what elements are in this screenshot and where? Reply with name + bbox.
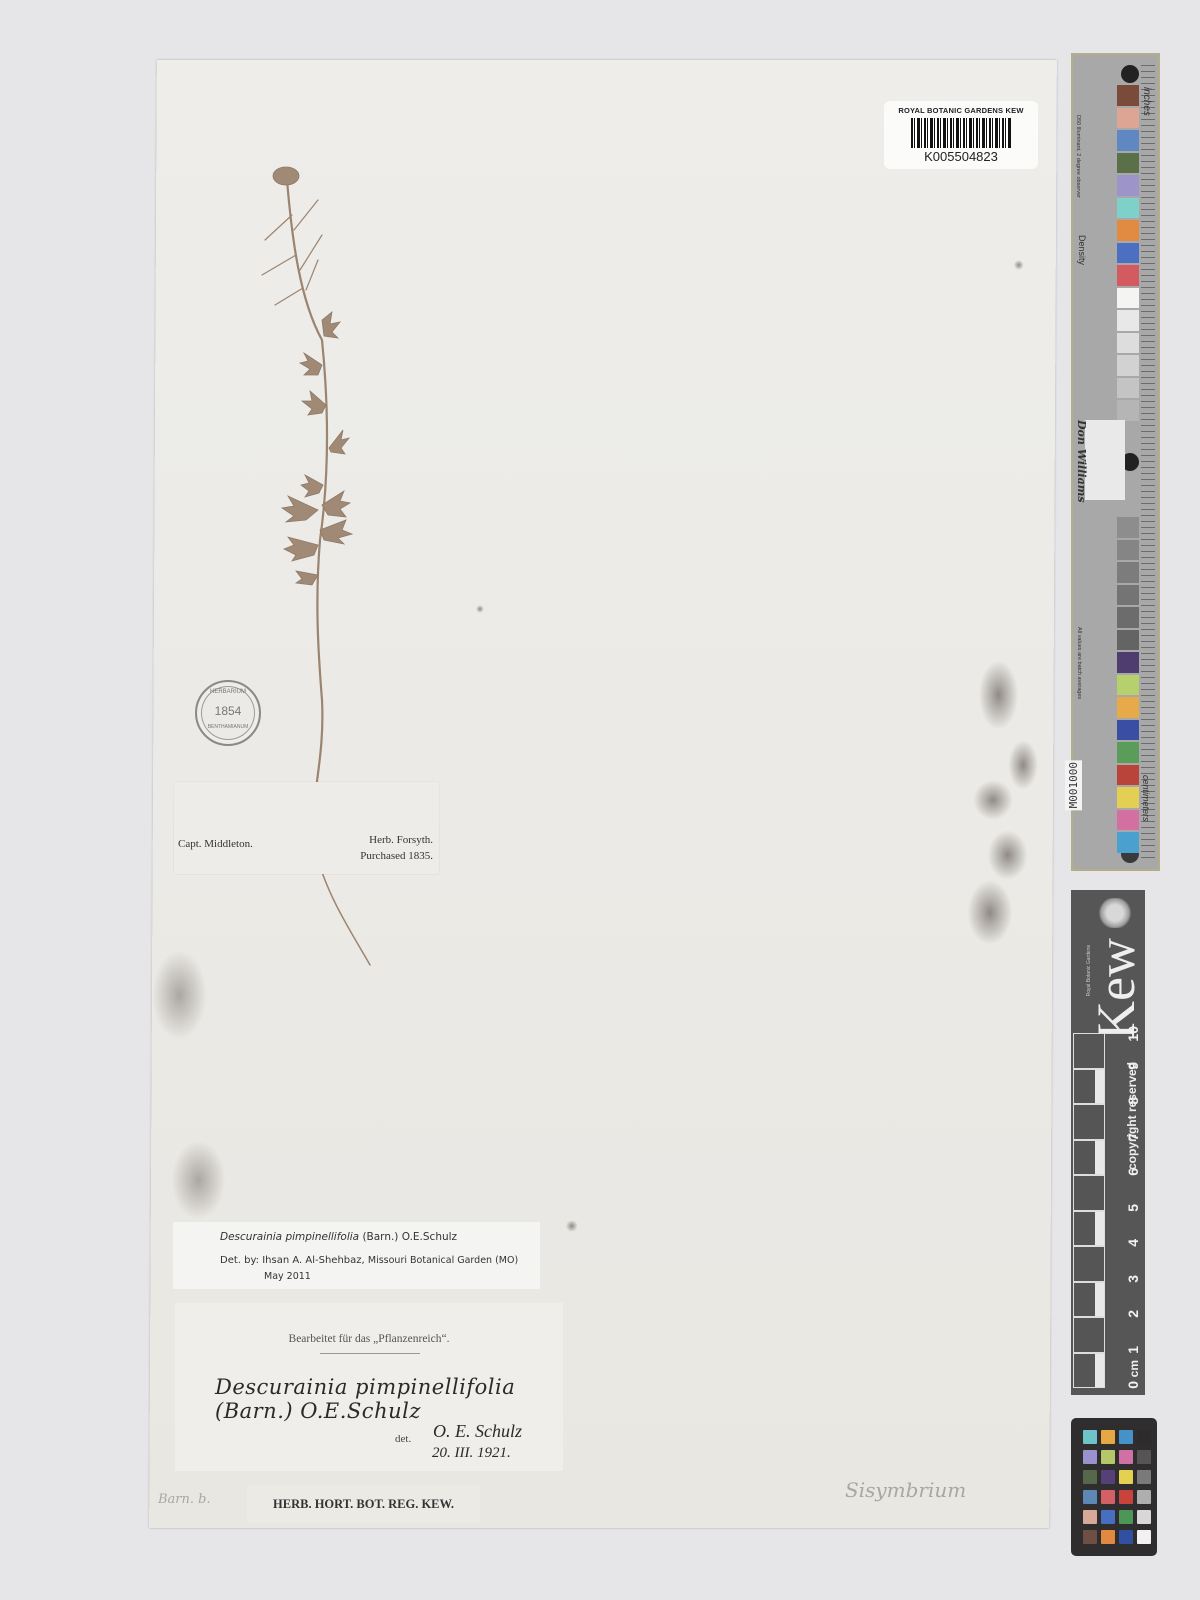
colour-calibration-scale: D50 Illuminant, 2 degree observer inches… bbox=[1071, 53, 1160, 871]
herbarium-stamp: HERBARIUM 1854 BENTHAMIANUM bbox=[195, 680, 261, 746]
collector-name: Capt. Middleton. bbox=[178, 838, 253, 850]
checker-patch bbox=[1137, 1470, 1151, 1484]
colour-swatch bbox=[1117, 198, 1139, 219]
checker-patch bbox=[1083, 1450, 1097, 1464]
checker-patch bbox=[1137, 1490, 1151, 1504]
checker-patch bbox=[1101, 1530, 1115, 1544]
scale-segment bbox=[1073, 1069, 1105, 1105]
checker-patch bbox=[1137, 1430, 1151, 1444]
ornament-divider bbox=[320, 1353, 420, 1354]
reference-target bbox=[1085, 420, 1125, 500]
checker-patch bbox=[1119, 1470, 1133, 1484]
handwritten-taxon: Descurainia pimpinellifolia (Barn.) O.E.… bbox=[215, 1375, 563, 1423]
herbarium-name-label: HERB. HORT. BOT. REG. KEW. bbox=[247, 1485, 480, 1523]
inches-label: inches bbox=[1141, 87, 1152, 116]
colour-swatch bbox=[1117, 243, 1139, 264]
scale-tick-label: 4 bbox=[1125, 1239, 1141, 1247]
checker-patch bbox=[1101, 1490, 1115, 1504]
barcode-label: ROYAL BOTANIC GARDENS KEW K005504823 bbox=[884, 101, 1038, 169]
barcode-number: K005504823 bbox=[884, 149, 1038, 164]
scale-tick-label: 5 bbox=[1125, 1204, 1141, 1212]
provenance-line-1: Herb. Forsyth. bbox=[360, 832, 433, 848]
checker-patch bbox=[1137, 1450, 1151, 1464]
checker-patch bbox=[1137, 1510, 1151, 1524]
kew-scale-bar: Kew Royal Botanic Gardens 012345678910 c… bbox=[1071, 890, 1145, 1395]
colour-swatch bbox=[1117, 675, 1139, 696]
checker-patch bbox=[1083, 1470, 1097, 1484]
checker-patch bbox=[1119, 1530, 1133, 1544]
pencil-note-left: Barn. b. bbox=[158, 1492, 211, 1507]
brand-text: Don Williams bbox=[1075, 420, 1088, 503]
colour-swatch bbox=[1117, 220, 1139, 241]
scale-segment bbox=[1073, 1033, 1105, 1069]
colour-swatch bbox=[1117, 175, 1139, 196]
collector-label: Capt. Middleton. Herb. Forsyth. Purchase… bbox=[174, 782, 439, 874]
colour-swatch bbox=[1117, 288, 1139, 309]
colour-swatch bbox=[1117, 810, 1139, 831]
colour-swatch bbox=[1117, 378, 1139, 399]
illuminant-text: D50 Illuminant, 2 degree observer bbox=[1075, 115, 1081, 198]
colour-swatch bbox=[1117, 130, 1139, 151]
colour-swatch bbox=[1117, 153, 1139, 174]
determination-label: Descurainia pimpinellifolia (Barn.) O.E.… bbox=[173, 1222, 540, 1289]
colour-swatch bbox=[1117, 720, 1139, 741]
institution-name: ROYAL BOTANIC GARDENS KEW bbox=[884, 106, 1038, 115]
provenance-text: Herb. Forsyth. Purchased 1835. bbox=[360, 832, 433, 864]
colour-swatch bbox=[1117, 630, 1139, 651]
colour-swatch bbox=[1117, 355, 1139, 376]
copyright-text: copyright reserved bbox=[1125, 1062, 1139, 1170]
serial-number: M001000 bbox=[1065, 760, 1082, 810]
scale-segment bbox=[1073, 1282, 1105, 1318]
scale-tick-label: 1 bbox=[1125, 1346, 1141, 1354]
handwritten-signature: O. E. Schulz bbox=[433, 1421, 522, 1442]
determiner: Det. by: Ihsan A. Al-Shehbaz, Missouri B… bbox=[220, 1255, 518, 1266]
checker-patch bbox=[1119, 1510, 1133, 1524]
barcode bbox=[911, 118, 1011, 148]
colour-swatch bbox=[1117, 85, 1139, 106]
scale-segment bbox=[1073, 1317, 1105, 1353]
ruler-ticks bbox=[1141, 65, 1155, 860]
colour-checker-card bbox=[1071, 1418, 1157, 1556]
footnote-text: All values are batch averages bbox=[1076, 627, 1082, 699]
checker-patch bbox=[1083, 1510, 1097, 1524]
provenance-line-2: Purchased 1835. bbox=[360, 848, 433, 864]
stamp-bottom-text: BENTHAMIANUM bbox=[197, 724, 259, 730]
taxon-name: Descurainia pimpinellifolia (Barn.) O.E.… bbox=[220, 1231, 457, 1243]
colour-swatch bbox=[1117, 108, 1139, 129]
scale-segment bbox=[1073, 1211, 1105, 1247]
checker-patch bbox=[1119, 1430, 1133, 1444]
scale-tick-label: 2 bbox=[1125, 1310, 1141, 1318]
determiner-institution: Missouri Botanical Garden (MO) bbox=[368, 1255, 518, 1266]
checker-patch bbox=[1101, 1470, 1115, 1484]
colour-swatch bbox=[1117, 540, 1139, 561]
colour-swatch bbox=[1117, 517, 1139, 538]
checker-patch bbox=[1101, 1430, 1115, 1444]
stamp-top-text: HERBARIUM bbox=[197, 689, 259, 695]
taxon-italic: Descurainia pimpinellifolia bbox=[220, 1231, 359, 1243]
scale-segment bbox=[1073, 1353, 1105, 1389]
det-prefix: det. bbox=[395, 1433, 411, 1445]
colour-swatch bbox=[1117, 562, 1139, 583]
taxon-authority: (Barn.) O.E.Schulz bbox=[362, 1231, 457, 1243]
scale-segment bbox=[1073, 1175, 1105, 1211]
scale-segment bbox=[1073, 1246, 1105, 1282]
pencil-note-right: Sisymbrium bbox=[845, 1478, 966, 1502]
centimeters-label: centimeters bbox=[1141, 775, 1151, 822]
mount-hole bbox=[1121, 65, 1139, 83]
checker-patch bbox=[1119, 1490, 1133, 1504]
unit-label: cm bbox=[1127, 1360, 1141, 1377]
checker-patch bbox=[1101, 1450, 1115, 1464]
colour-swatch bbox=[1117, 697, 1139, 718]
checker-patch bbox=[1119, 1450, 1133, 1464]
royal-crest-icon bbox=[1097, 898, 1133, 928]
kew-subtitle: Royal Botanic Gardens bbox=[1086, 945, 1092, 996]
checker-patch bbox=[1101, 1510, 1115, 1524]
colour-swatch bbox=[1117, 400, 1139, 421]
checker-patch bbox=[1083, 1530, 1097, 1544]
determination-date: May 2011 bbox=[264, 1271, 311, 1282]
pflanzenreich-label: Bearbeitet für das „Pflanzenreich“. Desc… bbox=[175, 1303, 563, 1471]
colour-swatch bbox=[1117, 787, 1139, 808]
checker-patch bbox=[1137, 1530, 1151, 1544]
colour-swatch bbox=[1117, 265, 1139, 286]
checker-patch bbox=[1083, 1490, 1097, 1504]
handwritten-date: 20. III. 1921. bbox=[432, 1445, 511, 1462]
density-label: Density bbox=[1077, 235, 1087, 265]
colour-swatch bbox=[1117, 652, 1139, 673]
determiner-name: Det. by: Ihsan A. Al-Shehbaz, bbox=[220, 1255, 365, 1266]
colour-swatch bbox=[1117, 333, 1139, 354]
centimeter-scale bbox=[1073, 1033, 1105, 1388]
colour-swatch bbox=[1117, 742, 1139, 763]
scale-tick-label: 0 bbox=[1125, 1381, 1141, 1389]
stamp-year: 1854 bbox=[197, 704, 259, 718]
scale-tick-label: 10 bbox=[1125, 1026, 1141, 1042]
colour-swatch bbox=[1117, 607, 1139, 628]
scale-segment bbox=[1073, 1140, 1105, 1176]
checker-patch bbox=[1083, 1430, 1097, 1444]
colour-swatch bbox=[1117, 765, 1139, 786]
pflanzenreich-header: Bearbeitet für das „Pflanzenreich“. bbox=[175, 1333, 563, 1345]
colour-swatch bbox=[1117, 585, 1139, 606]
scale-tick-label: 3 bbox=[1125, 1275, 1141, 1283]
colour-swatch bbox=[1117, 832, 1139, 853]
colour-swatch bbox=[1117, 310, 1139, 331]
scale-segment bbox=[1073, 1104, 1105, 1140]
